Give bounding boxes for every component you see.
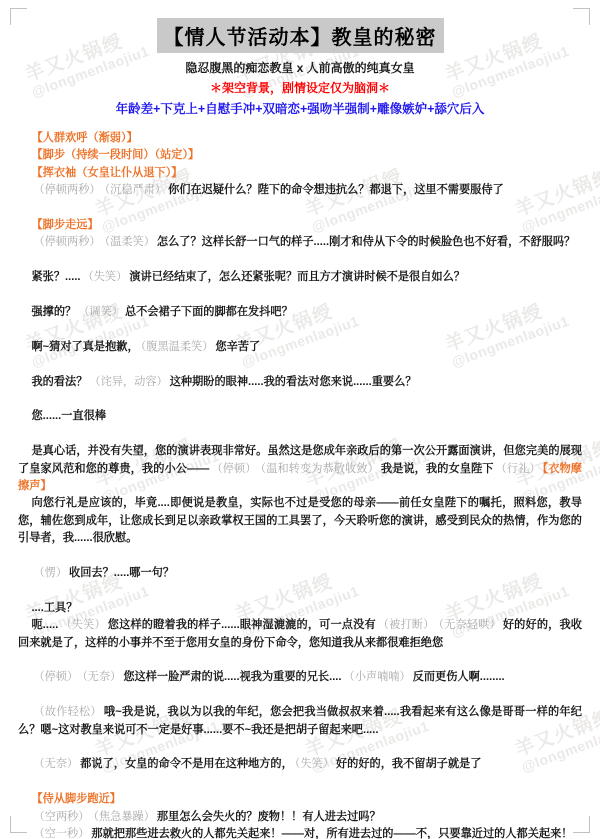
script-line: （停顿两秒）（沉稳严肃）你们在迟疑什么？陛下的命令想违抗么？都退下，这里不需要服… bbox=[18, 182, 582, 199]
line-spacer bbox=[18, 426, 582, 443]
stage-direction: （空一秒） bbox=[33, 828, 89, 839]
dialogue-text: 您这样的瞪着我的样子......眼神湿漉漉的，可一点没有 bbox=[108, 619, 376, 631]
script-body: 【人群欢呼（渐弱）】【脚步（持续一段时间）（站定）】【挥衣袖（女皇让仆从退下）】… bbox=[0, 130, 600, 839]
script-line: 我的看法？（诧异，动容）这种期盼的眼神.....我的看法对您来说......重要… bbox=[18, 374, 582, 391]
script-line: 【脚步走远】 bbox=[18, 217, 582, 234]
line-spacer bbox=[18, 774, 582, 791]
line-spacer bbox=[18, 548, 582, 565]
line-spacer bbox=[18, 321, 582, 338]
warning-note: ＊架空背景，剧情设定仅为脑洞＊ bbox=[0, 79, 600, 96]
stage-direction: （无奈轻哄） bbox=[438, 619, 500, 631]
title-highlight: 【情人节活动本】教皇的秘密 bbox=[157, 18, 444, 53]
script-line: ....工具？ bbox=[18, 600, 582, 617]
dialogue-text: 反而更伤人啊........ bbox=[413, 671, 505, 683]
dialogue-text: 这种期盼的眼神.....我的看法对您来说......重要么？ bbox=[170, 376, 417, 388]
dialogue-text: 您这样一脸严肃的说.....视我为重要的兄长.... bbox=[123, 671, 341, 683]
stage-direction: （被打断） bbox=[378, 619, 435, 631]
dialogue-text: 向您行礼是应该的，毕竟....即便说是教皇，实际也不过是受您的母亲——前任女皇陛… bbox=[18, 497, 582, 544]
line-spacer bbox=[18, 287, 582, 304]
dialogue-text: ....工具？ bbox=[31, 602, 77, 614]
dialogue-text: 紧张？..... bbox=[31, 271, 80, 283]
stage-direction: （停顿两秒） bbox=[33, 184, 100, 196]
dialogue-text: 演讲已经结束了，怎么还紧张呢？而且方才演讲时候不是很自如么？ bbox=[129, 271, 465, 283]
script-line: 紧张？.....（失笑）演讲已经结束了，怎么还紧张呢？而且方才演讲时候不是很自如… bbox=[18, 269, 582, 286]
stage-direction: （失笑） bbox=[60, 619, 105, 631]
stage-direction: （停顿两秒） bbox=[33, 236, 100, 248]
stage-direction: （调笑） bbox=[78, 306, 123, 318]
stage-direction: （温和转变为恭敬收敛） bbox=[261, 463, 379, 475]
script-line: 是真心话，并没有失望，您的演讲表现非常好。虽然这是您成年亲政后的第一次公开露面演… bbox=[18, 443, 582, 495]
script-line: （无奈）都说了，女皇的命令不是用在这种地方的，（失笑）好的好的，我不留胡子就是了 bbox=[18, 756, 582, 773]
script-line: 【挥衣袖（女皇让仆从退下）】 bbox=[18, 165, 582, 182]
dialogue-text: 都说了，女皇的命令不是用在这种地方的， bbox=[80, 758, 293, 770]
line-spacer bbox=[18, 200, 582, 217]
dialogue-text: 好的好的，我不留胡子就是了 bbox=[336, 758, 481, 770]
stage-direction: （愣） bbox=[33, 567, 67, 579]
script-line: （愣）收回去？.....哪一句？ bbox=[18, 565, 582, 582]
dialogue-text: 怎么了？这样长舒一口气的样子.....刚才和侍从下令的时候脸色也不好看，不舒服吗… bbox=[157, 236, 575, 248]
line-spacer bbox=[18, 252, 582, 269]
script-line: 【脚步（持续一段时间）（站定）】 bbox=[18, 147, 582, 164]
script-line: （空一秒）那就把那些进去救火的人都先关起来！——对，所有进去过的——不，只要靠近… bbox=[18, 826, 582, 839]
page-title: 【情人节活动本】教皇的秘密 bbox=[0, 15, 600, 53]
stage-direction: （失笑） bbox=[83, 271, 128, 283]
dialogue-text: 收回去？.....哪一句？ bbox=[69, 567, 174, 579]
line-spacer bbox=[18, 739, 582, 756]
script-line: 呃.....（失笑）您这样的瞪着我的样子......眼神湿漉漉的，可一点没有（被… bbox=[18, 617, 582, 652]
line-spacer bbox=[18, 356, 582, 373]
stage-direction: （停顿） bbox=[33, 671, 78, 683]
dialogue-text: 你们在迟疑什么？陛下的命令想违抗么？都退下，这里不需要服侍了 bbox=[168, 184, 504, 196]
script-line: （故作轻松）哦~我是说，我以为以我的年纪，您会把我当做叔叔来着.....我看起来… bbox=[18, 704, 582, 739]
dialogue-text: 呃..... bbox=[31, 619, 58, 631]
sound-effect: 【挥衣袖（女皇让仆从退下）】 bbox=[31, 167, 182, 179]
dialogue-text: 那里怎么会失火的？废物！！有人进去过吗？ bbox=[157, 811, 381, 823]
line-spacer bbox=[18, 652, 582, 669]
dialogue-text: 我是说，我的女皇陛下 bbox=[381, 463, 494, 475]
script-line: 【人群欢呼（渐弱）】 bbox=[18, 130, 582, 147]
dialogue-text: 总不会裙子下面的脚都在发抖吧？ bbox=[125, 306, 293, 318]
stage-direction: （温柔笑） bbox=[105, 236, 155, 248]
script-line: 【侍从脚步跑近】 bbox=[18, 791, 582, 808]
script-line: （停顿）（无奈）您这样一脸严肃的说.....视我为重要的兄长....（小声喃喃）… bbox=[18, 669, 582, 686]
sound-effect: 【人群欢呼（渐弱）】 bbox=[31, 132, 137, 144]
script-line: （空两秒）（焦急暴躁）那里怎么会失火的？废物！！有人进去过吗？ bbox=[18, 809, 582, 826]
stage-direction: （行礼） bbox=[496, 463, 541, 475]
stage-direction: （诧异，动容） bbox=[89, 376, 167, 388]
sound-effect: 【脚步走远】 bbox=[31, 219, 98, 231]
stage-direction: （沉稳严肃） bbox=[105, 184, 167, 196]
dialogue-text: 哦~我是说，我以为以我的年纪，您会把我当做叔叔来着.....我看起来有这么像是哥… bbox=[18, 706, 582, 735]
stage-direction: （失笑） bbox=[295, 758, 334, 770]
stage-direction: （故作轻松） bbox=[33, 706, 101, 718]
stage-direction: （无奈） bbox=[33, 758, 78, 770]
script-line: （停顿两秒）（温柔笑）怎么了？这样长舒一口气的样子.....刚才和侍从下令的时候… bbox=[18, 234, 582, 251]
script-line: 向您行礼是应该的，毕竟....即便说是教皇，实际也不过是受您的母亲——前任女皇陛… bbox=[18, 495, 582, 547]
stage-direction: （无奈） bbox=[82, 671, 121, 683]
tags-line: 年龄差+下克上+自慰手冲+双暗恋+强吻半强制+雕像嫉妒+舔穴后入 bbox=[0, 99, 600, 117]
document-header: 【情人节活动本】教皇的秘密 隐忍腹黑的痴恋教皇 x 人前高傲的纯真女皇 ＊架空背… bbox=[0, 0, 600, 117]
line-spacer bbox=[18, 391, 582, 408]
line-spacer bbox=[18, 582, 582, 599]
sound-effect: 【侍从脚步跑近】 bbox=[31, 793, 121, 805]
dialogue-text: 啊~猜对了真是抱歉， bbox=[31, 341, 138, 353]
subtitle: 隐忍腹黑的痴恋教皇 x 人前高傲的纯真女皇 bbox=[0, 59, 600, 76]
document-page: 羊又火锅绶@longmenlaojiu1羊又火锅绶@longmenlaojiu1… bbox=[0, 0, 600, 839]
stage-direction: （腹黑温柔笑） bbox=[141, 341, 214, 353]
sound-effect: 【脚步（持续一段时间）（站定）】 bbox=[31, 149, 199, 161]
script-line: 您......一直很棒 bbox=[18, 408, 582, 425]
line-spacer bbox=[18, 687, 582, 704]
stage-direction: （焦急暴躁） bbox=[93, 811, 155, 823]
dialogue-text: 我的看法？ bbox=[31, 376, 87, 388]
dialogue-text: 那就把那些进去救火的人都先关起来！——对，所有进去过的——不，只要靠近过的人都关… bbox=[91, 828, 572, 839]
stage-direction: （停顿） bbox=[211, 463, 256, 475]
stage-direction: （小声喃喃） bbox=[344, 671, 411, 683]
dialogue-text: 强撑的？ bbox=[31, 306, 76, 318]
script-line: 啊~猜对了真是抱歉，（腹黑温柔笑）您辛苦了 bbox=[18, 339, 582, 356]
script-line: 强撑的？（调笑）总不会裙子下面的脚都在发抖吧？ bbox=[18, 304, 582, 321]
stage-direction: （空两秒） bbox=[33, 811, 89, 823]
dialogue-text: 您辛苦了 bbox=[215, 341, 260, 353]
dialogue-text: 您......一直很棒 bbox=[31, 410, 106, 422]
